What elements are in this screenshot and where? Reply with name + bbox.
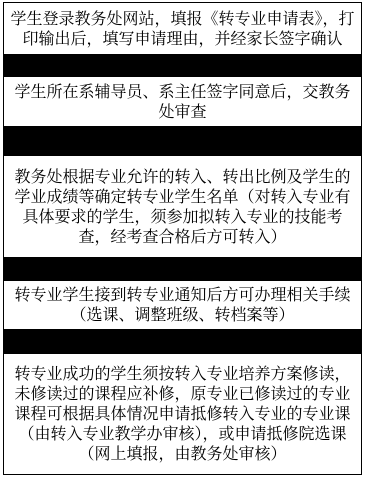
connector-band-3 — [3, 258, 362, 280]
connector-band-1 — [3, 55, 362, 76]
step-3-text: 教务处根据专业允许的转入、转出比例及学生的学业成绩等确定转专业学生名单（对转入专… — [10, 167, 355, 247]
step-3-box: 教务处根据专业允许的转入、转出比例及学生的学业成绩等确定转专业学生名单（对转入专… — [3, 155, 362, 258]
step-4-text: 转专业学生接到转专业通知后方可办理相关手续（选课、调整班级、转档案等） — [10, 285, 355, 325]
step-2-box: 学生所在系辅导员、系主任签字同意后，交教务处审查 — [3, 76, 362, 127]
step-1-box: 学生登录教务处网站，填报《转专业申请表》，打印输出后，填写申请理由，并经家长签字… — [3, 2, 362, 55]
step-2-text: 学生所在系辅导员、系主任签字同意后，交教务处审查 — [10, 82, 355, 122]
connector-band-4 — [3, 330, 362, 353]
step-4-box: 转专业学生接到转专业通知后方可办理相关手续（选课、调整班级、转档案等） — [3, 280, 362, 330]
step-1-text: 学生登录教务处网站，填报《转专业申请表》，打印输出后，填写申请理由，并经家长签字… — [10, 9, 355, 49]
step-5-text: 转专业成功的学生须按转入专业培养方案修读，未修读过的课程应补修，原专业已修读过的… — [10, 364, 355, 464]
connector-band-2 — [3, 127, 362, 155]
flowchart: 学生登录教务处网站，填报《转专业申请表》，打印输出后，填写申请理由，并经家长签字… — [3, 2, 362, 475]
step-5-box: 转专业成功的学生须按转入专业培养方案修读，未修读过的课程应补修，原专业已修读过的… — [3, 353, 362, 475]
